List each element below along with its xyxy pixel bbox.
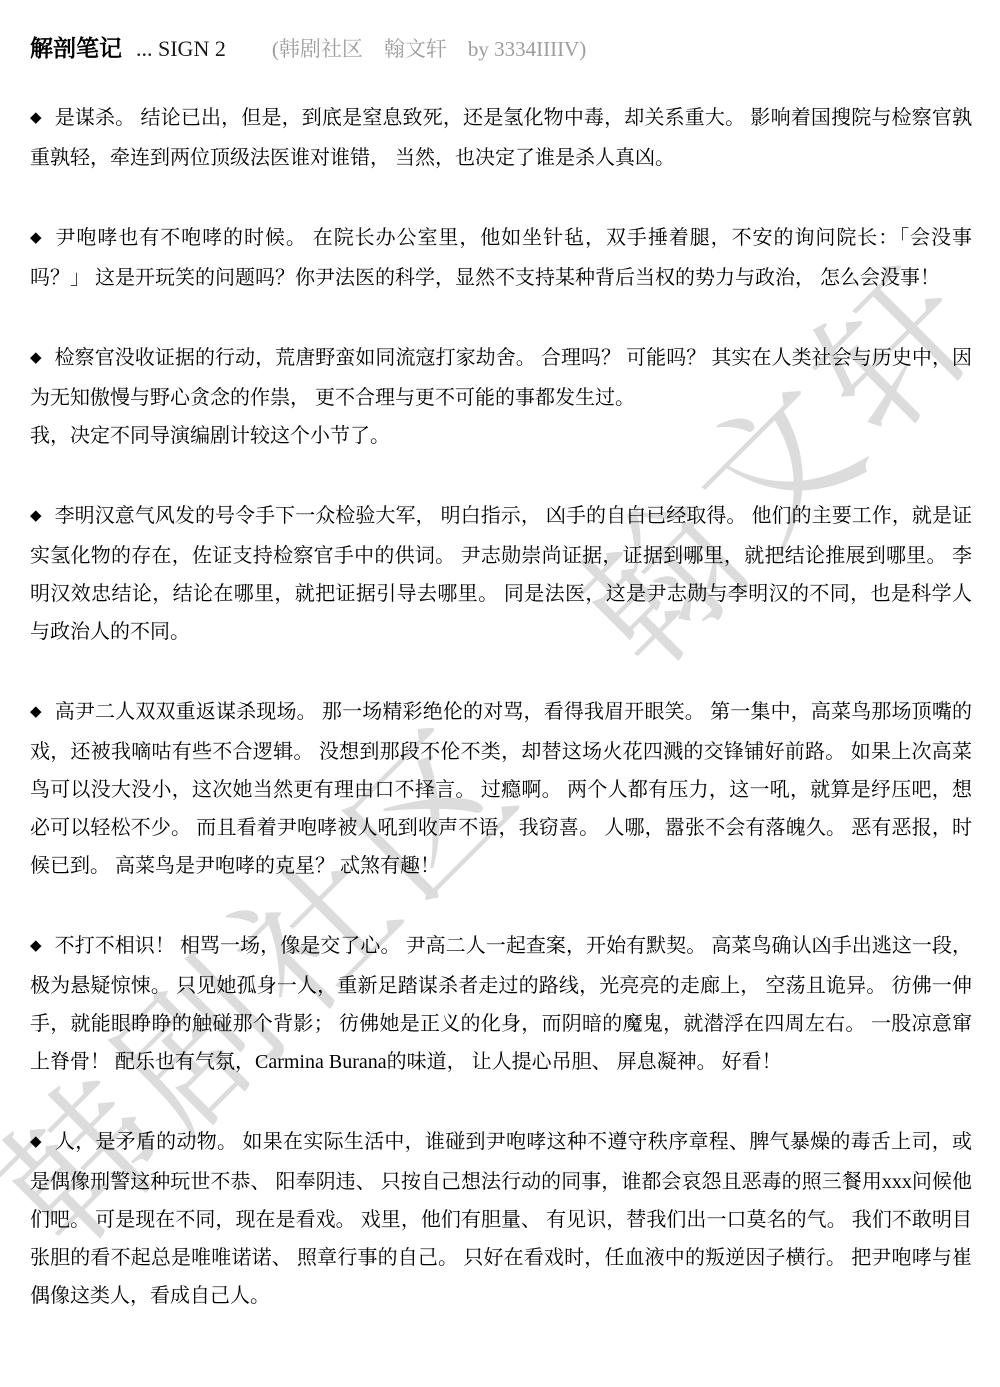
title-byline: (韩剧社区 翰文轩 by 3334IIIIV)	[272, 37, 586, 61]
paragraph-7: ◆人，是矛盾的动物。 如果在实际生活中，谁碰到尹咆哮这种不遵守秩序章程、脾气暴燥…	[30, 1123, 972, 1315]
diamond-bullet-icon: ◆	[30, 230, 42, 246]
diamond-bullet-icon: ◆	[30, 350, 42, 366]
paragraph-text: 人，是矛盾的动物。 如果在实际生活中，谁碰到尹咆哮这种不遵守秩序章程、脾气暴燥的…	[30, 1131, 972, 1307]
page-title: 解剖笔记 ... SIGN 2 (韩剧社区 翰文轩 by 3334IIIIV)	[30, 30, 972, 63]
title-main: 解剖笔记	[30, 36, 122, 61]
diamond-bullet-icon: ◆	[30, 508, 42, 524]
diamond-bullet-icon: ◆	[30, 110, 42, 126]
paragraph-1: ◆是谋杀。 结论已出，但是，到底是窒息致死，还是氢化物中毒，却关系重大。 影响着…	[30, 99, 972, 177]
paragraph-2: ◆尹咆哮也有不咆哮的时候。 在院长办公室里，他如坐针毡，双手捶着腿，不安的询问院…	[30, 219, 972, 297]
paragraph-text: 是谋杀。 结论已出，但是，到底是窒息致死，还是氢化物中毒，却关系重大。 影响着国…	[30, 107, 972, 169]
paragraph-text: 李明汉意气风发的号令手下一众检验大军， 明白指示， 凶手的自白已经取得。 他们的…	[30, 505, 972, 643]
paragraph-4: ◆李明汉意气风发的号令手下一众检验大军， 明白指示， 凶手的自白已经取得。 他们…	[30, 497, 972, 651]
paragraph-text: 不打不相识！ 相骂一场，像是交了心。 尹高二人一起查案，开始有默契。 高菜鸟确认…	[30, 935, 972, 1073]
paragraph-text: 尹咆哮也有不咆哮的时候。 在院长办公室里，他如坐针毡，双手捶着腿，不安的询问院长…	[30, 227, 972, 289]
diamond-bullet-icon: ◆	[30, 1134, 42, 1150]
paragraph-text: 高尹二人双双重返谋杀现场。 那一场精彩绝伦的对骂，看得我眉开眼笑。 第一集中，高…	[30, 701, 972, 877]
diamond-bullet-icon: ◆	[30, 704, 42, 720]
diamond-bullet-icon: ◆	[30, 938, 42, 954]
paragraph-text: 检察官没收证据的行动，荒唐野蛮如同流寇打家劫舍。 合理吗？ 可能吗？ 其实在人类…	[30, 347, 972, 447]
paragraph-6: ◆不打不相识！ 相骂一场，像是交了心。 尹高二人一起查案，开始有默契。 高菜鸟确…	[30, 927, 972, 1081]
paragraph-3: ◆检察官没收证据的行动，荒唐野蛮如同流寇打家劫舍。 合理吗？ 可能吗？ 其实在人…	[30, 339, 972, 455]
paragraph-5: ◆高尹二人双双重返谋杀现场。 那一场精彩绝伦的对骂，看得我眉开眼笑。 第一集中，…	[30, 693, 972, 885]
title-suffix: ... SIGN 2	[136, 36, 226, 61]
article-page: 解剖笔记 ... SIGN 2 (韩剧社区 翰文轩 by 3334IIIIV) …	[0, 0, 1000, 1315]
